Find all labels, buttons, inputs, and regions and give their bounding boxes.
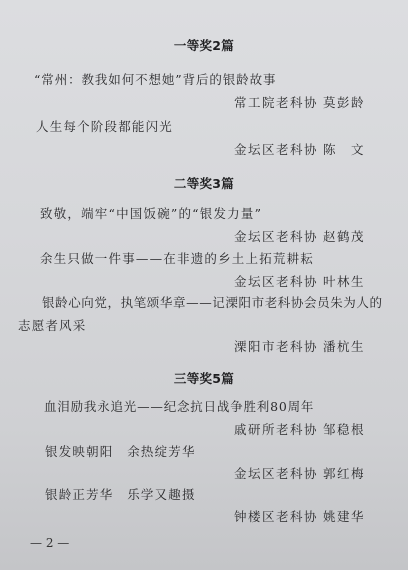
entry-title: 银龄正芳华 乐学又趣摄 (45, 485, 196, 503)
entry-organization: 钟楼区老科协 (234, 507, 318, 525)
entry-organization: 溧阳市老科协 (234, 337, 318, 355)
entry-author: 莫彭龄 (323, 93, 365, 111)
entry-organization: 金坛区老科协 (234, 140, 318, 158)
page-number: — 2 — (30, 536, 69, 550)
entry-author: 赵鹤茂 (323, 227, 365, 245)
entry-organization: 金坛区老科协 (234, 464, 318, 482)
entry-title: 银龄心向党，执笔颂华章——记溧阳市老科协会员朱为人的 (42, 293, 383, 311)
section-heading-first-prize: 一等奖2篇 (0, 36, 408, 54)
entry-title: 致敬，端牢“中国饭碗”的“银发力量” (40, 204, 262, 222)
entry-title-continuation: 志愿者风采 (18, 316, 87, 334)
section-heading-third-prize: 三等奖5篇 (0, 369, 408, 387)
entry-title: “常州：教我如何不想她”背后的银龄故事 (34, 70, 276, 88)
entry-organization: 戚研所老科协 (234, 420, 318, 438)
entry-organization: 金坛区老科协 (234, 272, 318, 290)
entry-organization: 金坛区老科协 (234, 227, 318, 245)
document-page: 一等奖2篇 “常州：教我如何不想她”背后的银龄故事 常工院老科协 莫彭龄 人生每… (0, 0, 408, 570)
entry-title: 余生只做一件事——在非遗的乡土上拓荒耕耘 (40, 249, 314, 267)
entry-title: 银发映朝阳 余热绽芳华 (45, 442, 196, 460)
entry-author: 郭红梅 (323, 464, 365, 482)
entry-author: 邹稳根 (323, 420, 365, 438)
entry-author: 陈 文 (323, 140, 365, 158)
entry-author: 姚建华 (323, 507, 365, 525)
section-heading-second-prize: 二等奖3篇 (0, 174, 408, 192)
entry-title: 人生每个阶段都能闪光 (36, 117, 173, 135)
entry-author: 潘杭生 (323, 337, 365, 355)
entry-author: 叶林生 (323, 272, 365, 290)
entry-organization: 常工院老科协 (234, 93, 318, 111)
entry-title: 血泪励我永追光——纪念抗日战争胜利80周年 (44, 397, 314, 415)
